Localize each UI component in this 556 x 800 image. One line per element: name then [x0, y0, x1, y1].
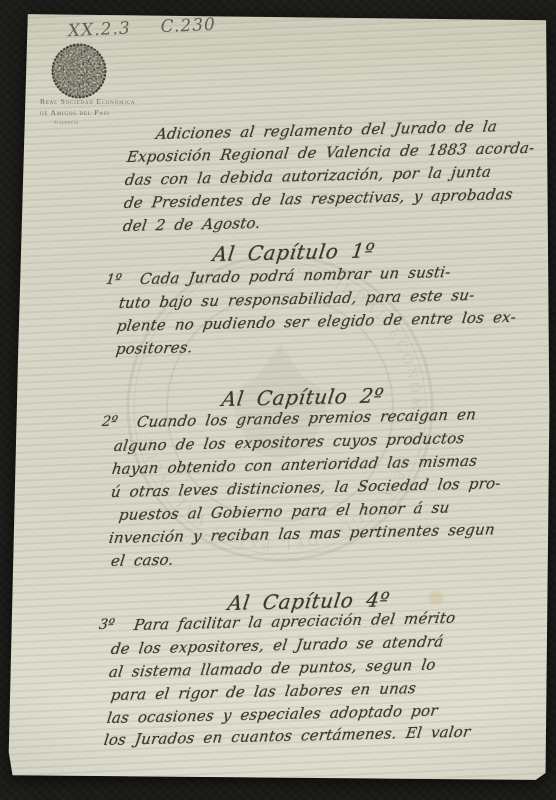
document-photo: · SOCIEDAD ECONÓMICA DE AMIGOS DEL PAÍS …	[0, 0, 556, 800]
manuscript-line: alguno de los expositores cuyos producto…	[113, 429, 466, 455]
manuscript-line: de los expositores, el Jurado se atendrá	[110, 632, 445, 658]
manuscript-line: del 2 de Agosto.	[122, 214, 262, 235]
manuscript-line: ú otras leves distinciones, la Sociedad …	[110, 474, 502, 501]
manuscript-line: el caso.	[110, 551, 175, 570]
manuscript-line: invención y reciban las mas pertinentes …	[108, 520, 496, 547]
manuscript-line: positores.	[115, 338, 194, 358]
manuscript-line: Cuando los grandes premios recaigan en	[136, 405, 478, 431]
manuscript: Adiciones al reglamento del Jurado de la…	[0, 0, 556, 800]
manuscript-line: las ocasiones y especiales adoptado por	[106, 701, 439, 727]
chapter-heading: Al Capítulo 2º	[220, 383, 385, 411]
manuscript-line: al sistema llamado de puntos, segun lo	[108, 656, 437, 681]
manuscript-line: Exposición Regional de Valencia de 1883 …	[126, 139, 536, 166]
manuscript-line: para el rigor de las labores en unas	[110, 679, 418, 704]
manuscript-line: Adiciones al reglamento del Jurado de la	[155, 117, 499, 143]
manuscript-line: hayan obtenido con anterioridad las mism…	[111, 452, 479, 478]
manuscript-line: los Jurados en cuantos certámenes. El va…	[103, 723, 472, 749]
chapter-heading: Al Capítulo 1º	[211, 238, 376, 266]
article-number: 1º	[105, 272, 123, 288]
article-number: 3º	[98, 617, 116, 633]
manuscript-line: de Presidentes de las respectivas, y apr…	[123, 185, 514, 212]
article-number: 2º	[101, 414, 119, 430]
manuscript-line: Para facilitar la apreciación del mérito	[133, 609, 457, 634]
manuscript-line: Cada Jurado podrá nombrar un susti-	[139, 263, 452, 288]
manuscript-line: das con la debida autorización, por la j…	[124, 163, 493, 189]
manuscript-line: puestos al Gobierno para el honor á su	[118, 498, 451, 524]
manuscript-line: tuto bajo su responsabilidad, para este …	[118, 286, 476, 312]
manuscript-line: plente no pudiendo ser elegido de entre …	[116, 308, 517, 335]
